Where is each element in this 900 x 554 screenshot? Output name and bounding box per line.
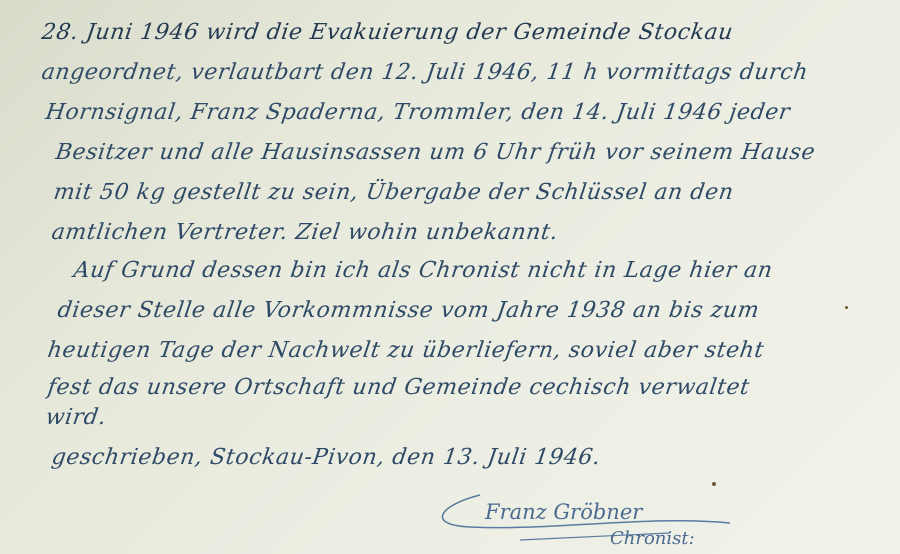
text-line-3: Hornsignal, Franz Spaderna, Trommler, de… [44,100,792,125]
text-line-8: dieser Stelle alle Vorkommnisse vom Jahr… [56,298,761,323]
paper-spot [845,306,848,309]
text-line-5: mit 50 kg gestellt zu sein, Übergabe der… [52,180,735,205]
text-line-2: angeordnet, verlautbart den 12. Juli 194… [40,60,810,85]
paper-spot [712,482,716,486]
text-line-9: heutigen Tage der Nachwelt zu überliefer… [46,338,766,363]
document-page: 28. Juni 1946 wird die Evakuierung der G… [0,0,900,554]
signature-name: Franz Gröbner [485,500,642,524]
signature-title: Chronist: [610,528,695,549]
text-line-1: 28. Juni 1946 wird die Evakuierung der G… [40,20,735,45]
text-line-7: Auf Grund dessen bin ich als Chronist ni… [72,258,774,283]
text-line-11: wird. [44,405,108,430]
text-line-4: Besitzer und alle Hausinsassen um 6 Uhr … [54,140,817,165]
text-line-10: fest das unsere Ortschaft und Gemeinde c… [46,375,751,400]
text-line-12: geschrieben, Stockau-Pivon, den 13. Juli… [50,445,602,470]
text-line-6: amtlichen Vertreter. Ziel wohin unbekann… [50,220,560,245]
